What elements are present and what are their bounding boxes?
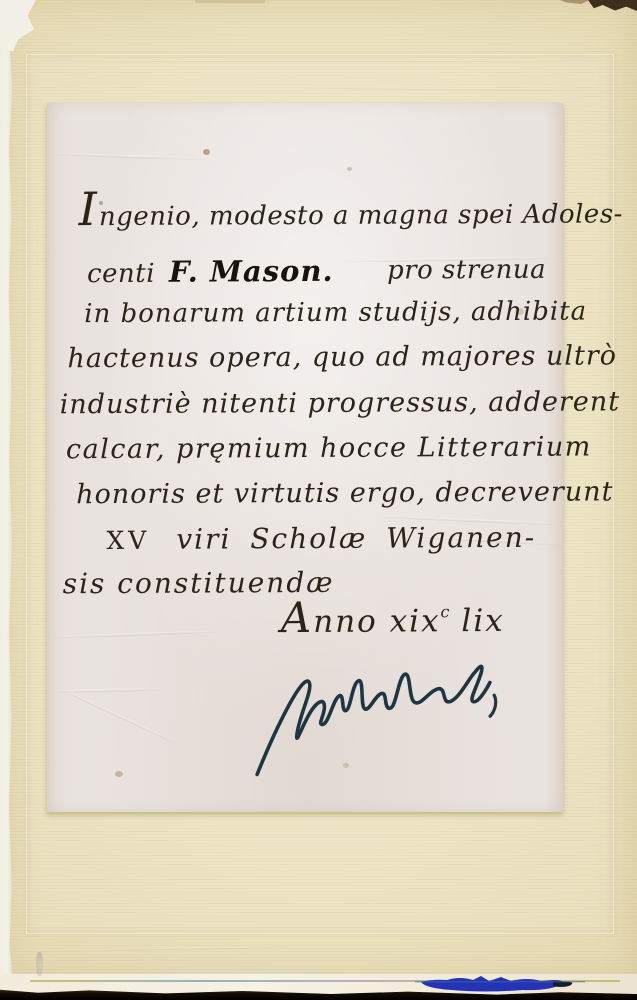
signature-scrawl	[248, 647, 534, 778]
manuscript-paper: Ingenio, modesto a magna spei Adoles- ce…	[47, 103, 563, 812]
inscription-line-8-text: viri Scholæ Wiganen-	[176, 521, 536, 556]
inscription-line-4: hactenus opera, quo ad majores ultrò	[67, 340, 617, 374]
date-superscript-c: c	[440, 602, 449, 621]
inscription-line-7: honoris et virtutis ergo, decreverunt	[76, 476, 613, 510]
inscription-line-6: calcar, pręmium hocce Litterarium	[66, 431, 592, 465]
inscription-line-2-start: centi	[87, 259, 155, 289]
inscription-line-2-right: pro strenua	[387, 256, 546, 287]
board-crease	[20, 60, 620, 62]
top-edge-fleck	[195, 0, 265, 3]
recipient-name: F. Mason.	[169, 254, 334, 289]
inscription-line-1: Ingenio, modesto a magna spei Adoles-	[79, 200, 623, 233]
inscription-line-5: industriè nitenti progressus, adderent	[60, 386, 620, 420]
inscription-line-8: XVviri Scholæ Wiganen-	[106, 522, 536, 556]
latin-inscription: Ingenio, modesto a magna spei Adoles- ce…	[45, 102, 565, 814]
inscription-line-2: centiF. Mason.pro strenua	[87, 254, 557, 290]
inscription-date-line: Anno xixc lix	[281, 603, 505, 641]
inscription-line-3: in bonarum artium studijs, adhibita	[84, 298, 587, 331]
roman-numeral-xv: XV	[106, 526, 150, 555]
edge-pencil-mark	[36, 952, 43, 976]
date-lix: lix	[461, 603, 505, 639]
date-anno: Anno xix	[281, 603, 441, 640]
